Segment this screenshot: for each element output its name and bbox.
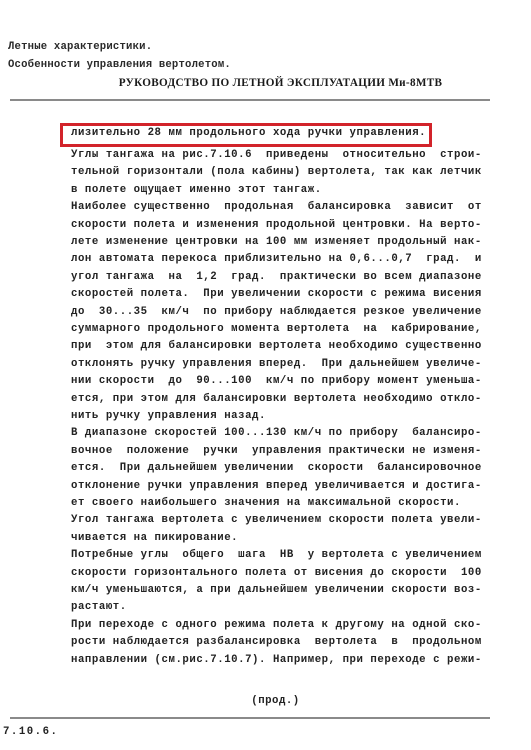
- text-line: направлении (см.рис.7.10.7). Например, п…: [71, 654, 471, 667]
- text-line: ется. При дальнейшем увеличении скорости…: [71, 462, 471, 475]
- text-line: растают.: [71, 601, 471, 614]
- text-line: отклонение ручки управления вперед увели…: [71, 480, 471, 493]
- text-line: скорости полета и изменения продольной ц…: [71, 219, 471, 232]
- text-line: до 30...35 км/ч по прибору наблюдается р…: [71, 306, 471, 319]
- text-line: лете изменение центровки на 100 мм измен…: [71, 236, 471, 249]
- continued-label: (прод.): [0, 695, 531, 707]
- text-line: рости наблюдается разбалансировка вертол…: [71, 636, 471, 649]
- text-line: В диапазоне скоростей 100...130 км/ч по …: [71, 427, 471, 440]
- text-line: чивается на пикирование.: [71, 532, 471, 545]
- text-line: Потребные углы общего шага НВ у вертолет…: [71, 549, 471, 562]
- text-line: тельной горизонтали (пола кабины) вертол…: [71, 166, 471, 179]
- text-line: скорости горизонтального полета от висен…: [71, 567, 471, 580]
- text-line: скоростей полета. При увеличении скорост…: [71, 288, 471, 301]
- text-line: нить ручку управления назад.: [71, 410, 471, 423]
- text-line: ет своего наибольшего значения на максим…: [71, 497, 471, 510]
- manual-title: РУКОВОДСТВО ПО ЛЕТНОЙ ЭКСПЛУАТАЦИИ Ми-8М…: [0, 77, 531, 89]
- page-number: 7.10.6.: [3, 726, 58, 738]
- text-line: суммарного продольного момента вертолета…: [71, 323, 471, 336]
- text-line: Углы тангажа на рис.7.10.6 приведены отн…: [71, 149, 471, 162]
- text-line: лон автомата перекоса приблизительно на …: [71, 253, 471, 266]
- header-rule: [10, 99, 490, 101]
- text-line: угол тангажа на 1,2 град. практически во…: [71, 271, 471, 284]
- text-line: При переходе с одного режима полета к др…: [71, 619, 471, 632]
- section-heading: Летные характеристики.: [8, 41, 152, 53]
- subsection-heading: Особенности управления вертолетом.: [8, 59, 231, 71]
- text-line: при этом для балансировки вертолета необ…: [71, 340, 471, 353]
- footer-rule: [10, 717, 490, 719]
- text-line: ется, при этом для балансировки вертолет…: [71, 393, 471, 406]
- text-line: отклонять ручку управления вперед. При д…: [71, 358, 471, 371]
- text-line: вочное положение ручки управления практи…: [71, 445, 471, 458]
- text-line: в полете ощущает именно этот тангаж.: [71, 184, 471, 197]
- text-line: Угол тангажа вертолета с увеличением ско…: [71, 514, 471, 527]
- highlighted-line: лизительно 28 мм продольного хода ручки …: [71, 127, 471, 140]
- text-line: нии скорости до 90...100 км/ч по прибору…: [71, 375, 471, 388]
- text-line: Наиболее существенно продольная балансир…: [71, 201, 471, 214]
- text-line: км/ч уменьшаются, а при дальнейшем увели…: [71, 584, 471, 597]
